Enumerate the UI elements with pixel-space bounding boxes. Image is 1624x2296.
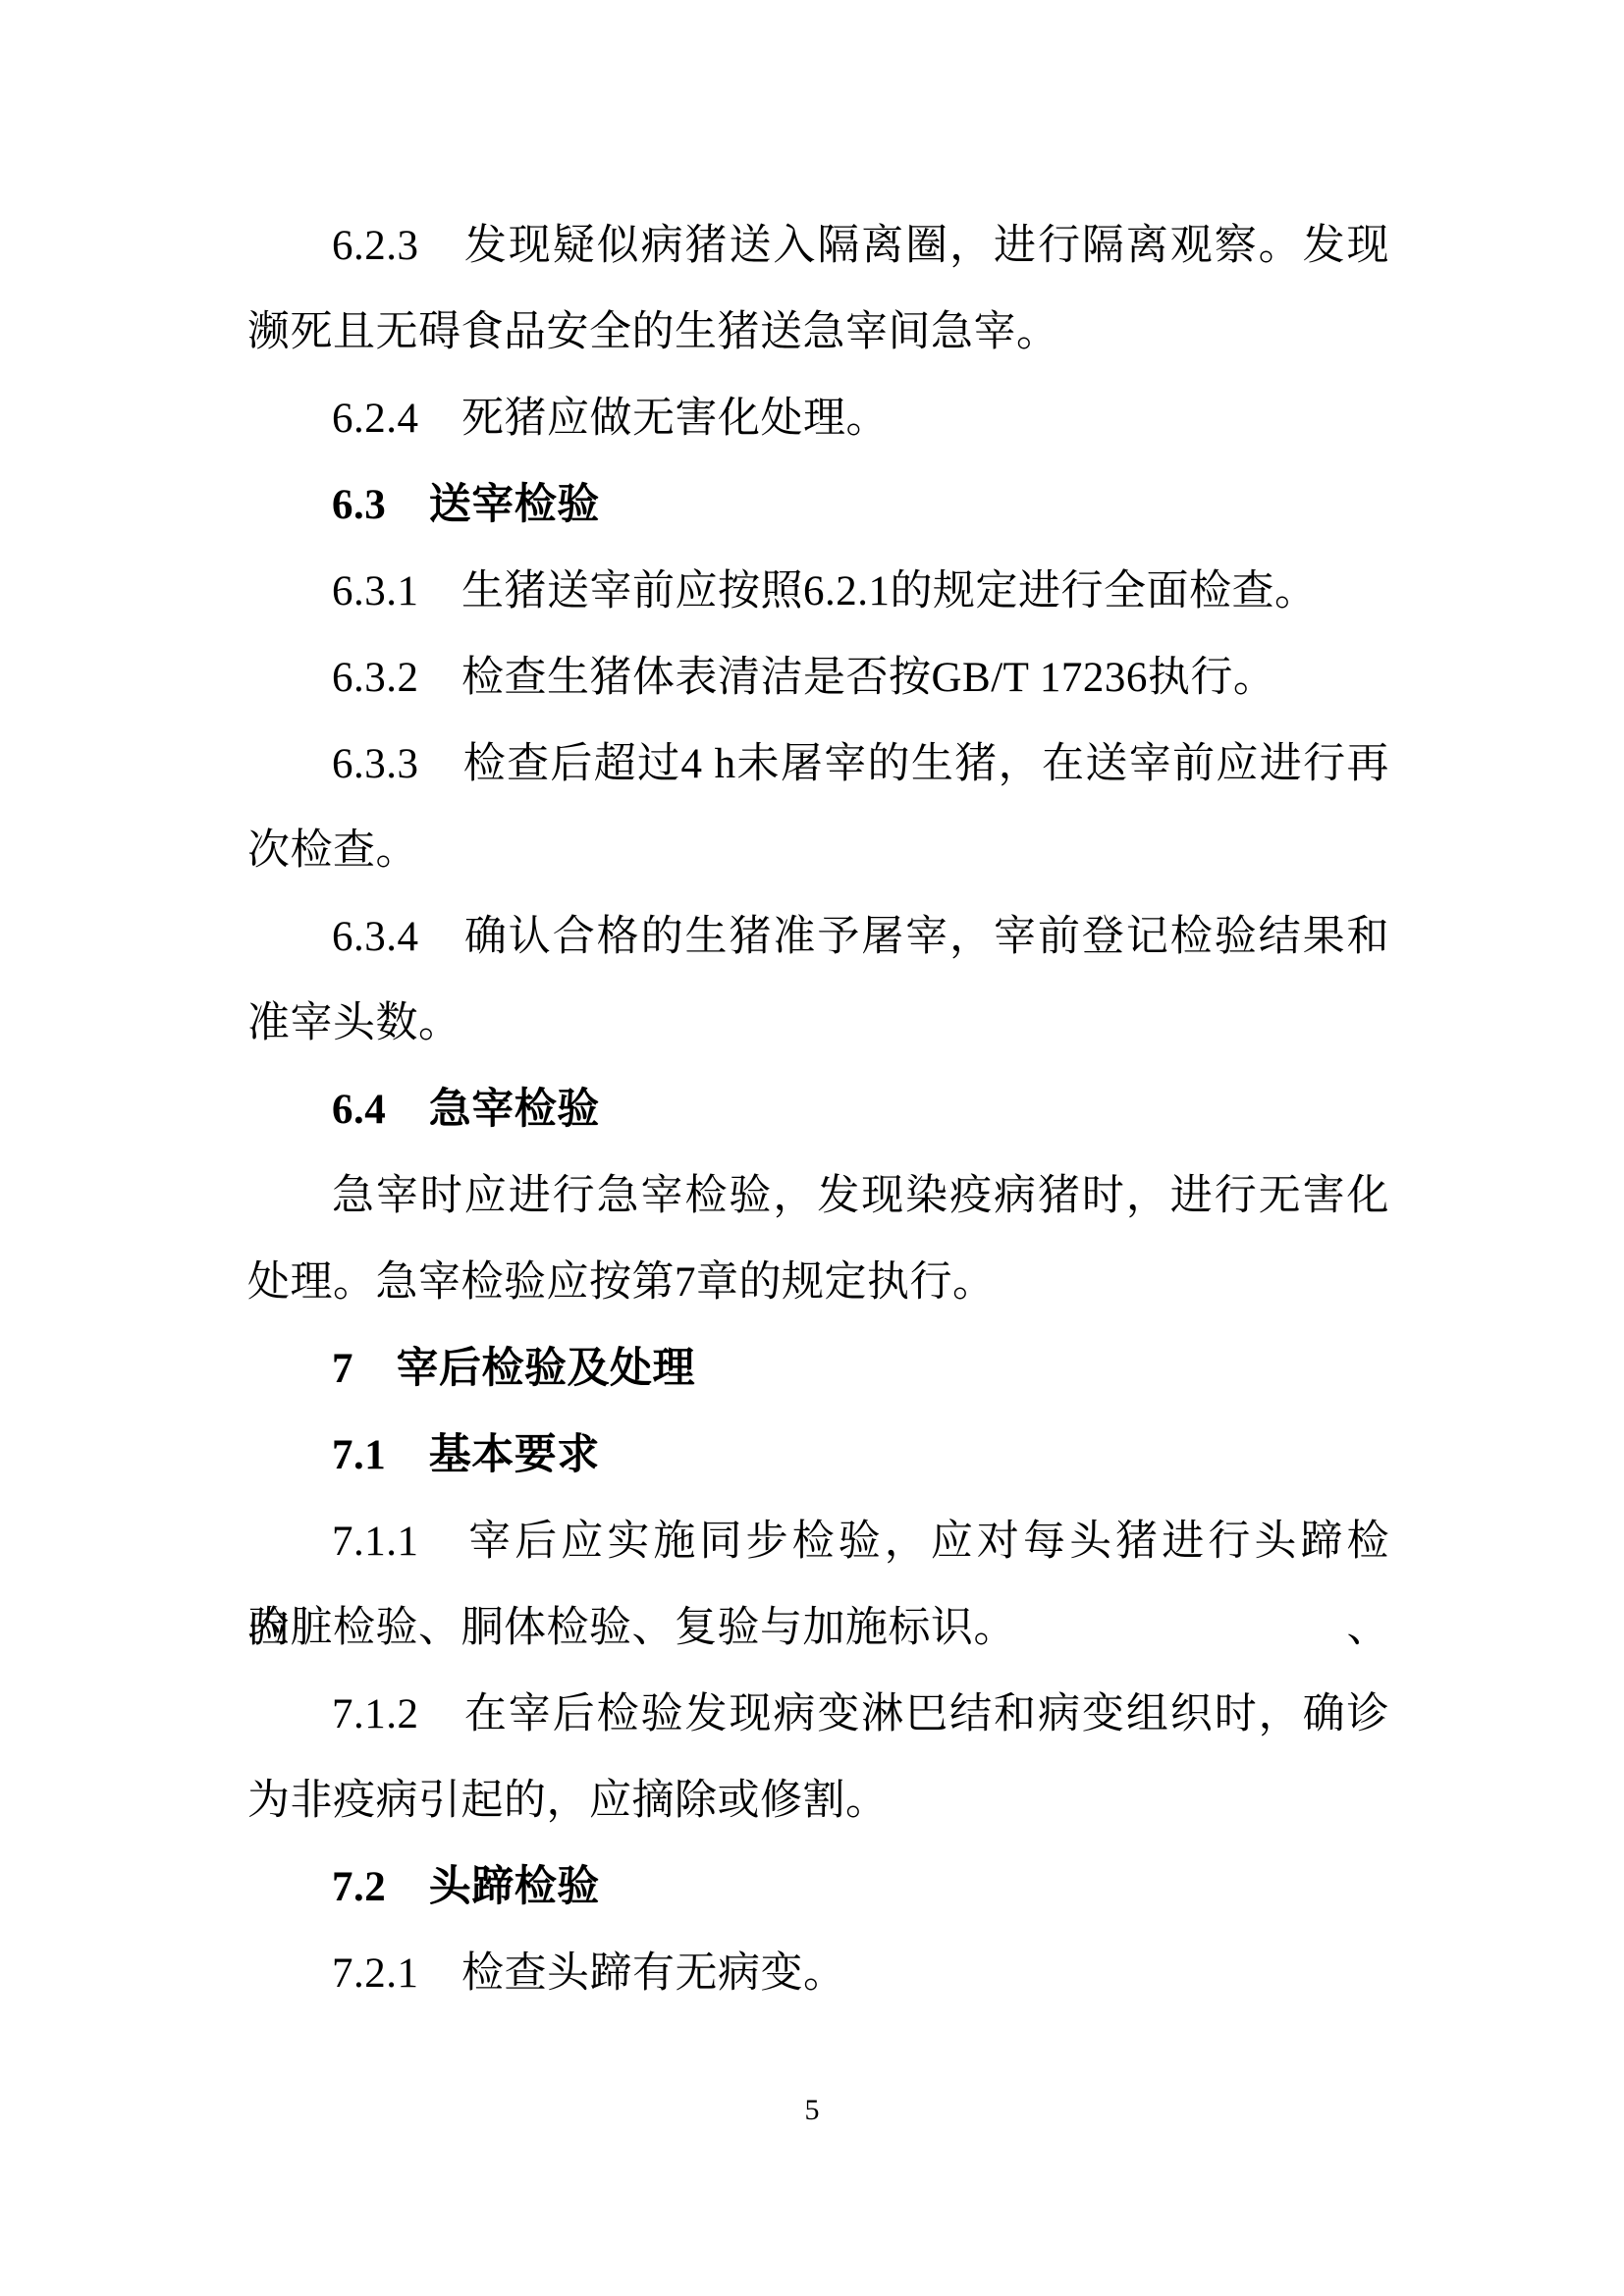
text-line: 次检查。 <box>247 808 1389 894</box>
text-line: 处理。急宰检验应按第7章的规定执行。 <box>247 1240 1389 1326</box>
text-line: 7.1 基本要求 <box>247 1413 1389 1499</box>
clause-paragraph: 6.2.3 发现疑似病猪送入隔离圈，进行隔离观察。发现濒死且无碍食品安全的生猪送… <box>247 203 1389 376</box>
clause-heading: 6.3 送宰检验 <box>247 462 1389 549</box>
document-body: 6.2.3 发现疑似病猪送入隔离圈，进行隔离观察。发现濒死且无碍食品安全的生猪送… <box>247 203 1389 2017</box>
clause-paragraph: 7.2.1 检查头蹄有无病变。 <box>247 1931 1389 2017</box>
clause-heading: 7.2 头蹄检验 <box>247 1844 1389 1931</box>
text-line: 为非疫病引起的，应摘除或修割。 <box>247 1758 1389 1844</box>
clause-paragraph: 6.3.2 检查生猪体表清洁是否按GB/T 17236执行。 <box>247 635 1389 721</box>
clause-heading: 6.4 急宰检验 <box>247 1067 1389 1153</box>
text-line: 7.1.1 宰后应实施同步检验，应对每头猪进行头蹄检验、 <box>247 1499 1389 1585</box>
clause-paragraph: 6.2.4 死猪应做无害化处理。 <box>247 376 1389 462</box>
text-line: 准宰头数。 <box>247 981 1389 1067</box>
clause-paragraph: 6.3.4 确认合格的生猪准予屠宰，宰前登记检验结果和准宰头数。 <box>247 894 1389 1067</box>
text-line: 6.3.4 确认合格的生猪准予屠宰，宰前登记检验结果和 <box>247 894 1389 981</box>
text-line: 急宰时应进行急宰检验，发现染疫病猪时，进行无害化 <box>247 1153 1389 1240</box>
clause-paragraph: 急宰时应进行急宰检验，发现染疫病猪时，进行无害化处理。急宰检验应按第7章的规定执… <box>247 1153 1389 1326</box>
document-page: 6.2.3 发现疑似病猪送入隔离圈，进行隔离观察。发现濒死且无碍食品安全的生猪送… <box>0 0 1624 2296</box>
page-footer: 5 <box>0 2093 1624 2128</box>
clause-paragraph: 7.1.1 宰后应实施同步检验，应对每头猪进行头蹄检验、内脏检验、胴体检验、复验… <box>247 1499 1389 1672</box>
clause-heading: 7.1 基本要求 <box>247 1413 1389 1499</box>
clause-paragraph: 7.1.2 在宰后检验发现病变淋巴结和病变组织时，确诊为非疫病引起的，应摘除或修… <box>247 1672 1389 1844</box>
text-line: 濒死且无碍食品安全的生猪送急宰间急宰。 <box>247 290 1389 376</box>
text-line: 6.3.1 生猪送宰前应按照6.2.1的规定进行全面检查。 <box>247 549 1389 635</box>
text-line: 7.1.2 在宰后检验发现病变淋巴结和病变组织时，确诊 <box>247 1672 1389 1758</box>
clause-paragraph: 6.3.3 检查后超过4 h未屠宰的生猪，在送宰前应进行再次检查。 <box>247 721 1389 894</box>
clause-paragraph: 6.3.1 生猪送宰前应按照6.2.1的规定进行全面检查。 <box>247 549 1389 635</box>
text-line: 7.2.1 检查头蹄有无病变。 <box>247 1931 1389 2017</box>
text-line: 6.2.3 发现疑似病猪送入隔离圈，进行隔离观察。发现 <box>247 203 1389 290</box>
text-line: 7 宰后检验及处理 <box>247 1326 1389 1413</box>
text-line: 6.3.3 检查后超过4 h未屠宰的生猪，在送宰前应进行再 <box>247 721 1389 808</box>
text-line: 6.2.4 死猪应做无害化处理。 <box>247 376 1389 462</box>
text-line: 6.4 急宰检验 <box>247 1067 1389 1153</box>
text-line: 6.3.2 检查生猪体表清洁是否按GB/T 17236执行。 <box>247 635 1389 721</box>
text-line: 6.3 送宰检验 <box>247 462 1389 549</box>
text-line: 7.2 头蹄检验 <box>247 1844 1389 1931</box>
page-number: 5 <box>805 2094 820 2126</box>
clause-heading: 7 宰后检验及处理 <box>247 1326 1389 1413</box>
